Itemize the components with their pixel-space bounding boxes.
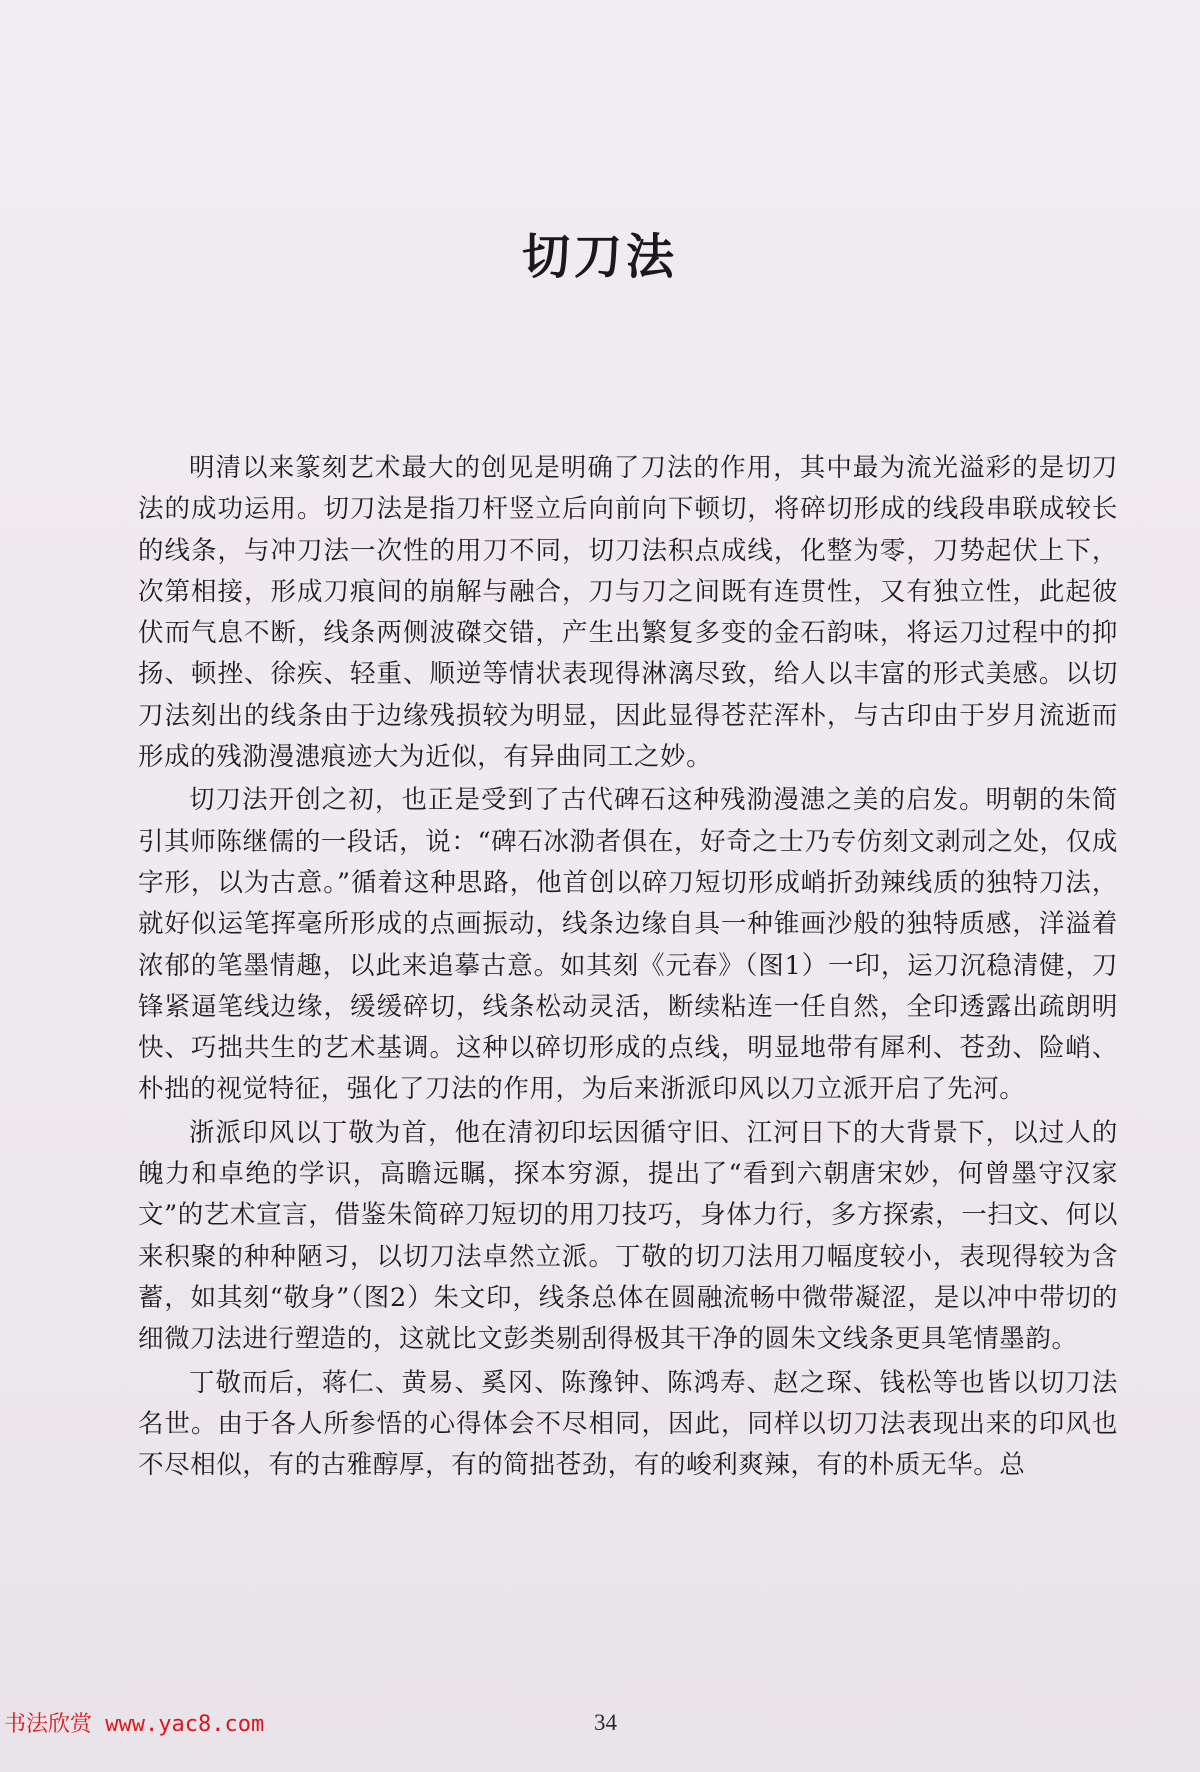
paragraph: 明清以来篆刻艺术最大的创见是明确了刀法的作用，其中最为流光溢彩的是切刀法的成功运… <box>138 448 1118 778</box>
site-watermark: 书法欣赏 www.yac8.com <box>4 1707 264 1738</box>
article-body: 明清以来篆刻艺术最大的创见是明确了刀法的作用，其中最为流光溢彩的是切刀法的成功运… <box>138 448 1118 1486</box>
paragraph: 切刀法开创之初，也正是受到了古代碑石这种残泐漫漶之美的启发。明朝的朱简引其师陈继… <box>138 780 1118 1110</box>
paragraph: 丁敬而后，蒋仁、黄易、奚冈、陈豫钟、陈鸿寿、赵之琛、钱松等也皆以切刀法名世。由于… <box>138 1363 1118 1487</box>
book-page: 切刀法 明清以来篆刻艺术最大的创见是明确了刀法的作用，其中最为流光溢彩的是切刀法… <box>0 0 1200 1772</box>
page-number: 34 <box>594 1710 617 1736</box>
page-title: 切刀法 <box>0 218 1200 287</box>
paragraph: 浙派印风以丁敬为首，他在清初印坛因循守旧、江河日下的大背景下，以过人的魄力和卓绝… <box>138 1113 1118 1361</box>
